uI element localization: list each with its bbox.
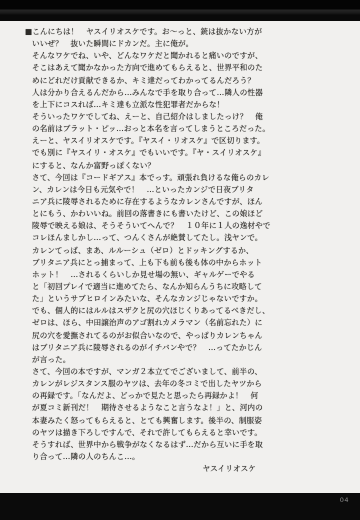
- text-line: り合って…隣の人のちんこ…。: [32, 451, 256, 463]
- text-line: えーと、ヤスイリオスケです。『ヤスイ・リオスケ』で区切ります。: [32, 135, 256, 147]
- text-line: カレンがレジスタンス服のヤツは、去年の冬コミで出したヤツから: [32, 378, 256, 390]
- text-line: コレほんましかし…って、つんくさんが絶賛してたし。浅ヤンで。: [32, 232, 256, 244]
- text-line: でも別に『ヤスイリ・オスケ』でもいいです。『ヤ・スイリオスケ』: [32, 147, 256, 159]
- page-number: 04: [340, 496, 349, 504]
- text-line: さて、今回の本ですが、マンガ２本立てでございまして、前半の、: [32, 366, 256, 378]
- text-line: ■こんにちは！ ヤスイリオスケです。お〜っと、銃は抜かない方が: [32, 26, 256, 38]
- text-line: 本妻みたく怒ってもらえると、とても興奮します。後半の、制服姿: [32, 415, 256, 427]
- text-line: ブリタニア兵にとっ捕まって、上も下も前も後も体の中からホット: [32, 257, 256, 269]
- text-line: でも、個人的にはルルはスザクと尻の穴ほじくりあってるべきだし、: [32, 305, 256, 317]
- text-line: た」というサブヒロインみたいな、そんなカンジじゃないですか。: [32, 293, 256, 305]
- text-line: ホット！ …されるくらいしか見せ場の無い、ギャルゲーでやる: [32, 269, 256, 281]
- text-line: そういったワケでしてね、えーと、自己紹介はしましたっけ？ 俺: [32, 111, 256, 123]
- text-line: カレンてっば、まあ、ルルーシュ（ゼロ）とドッキングするか、: [32, 245, 256, 257]
- text-line: と「初回プレイで適当に進めてたら、なんか知らんうちに攻略して: [32, 281, 256, 293]
- text-line: ニア兵に陵辱されるために存在するようなカレンさんですが、ほん: [32, 196, 256, 208]
- text-line: の再録です。「なんだよ、どっかで見たと思ったら再録かよ！ 何: [32, 390, 256, 402]
- text-line: の名前はブラット・ピッ…おっと本名を言ってしまうところだった。: [32, 123, 256, 135]
- text-line: そんなワケでね、いや、どんなワケだと聞かれると痛いのですが、: [32, 50, 256, 62]
- text-line: はブリタニア兵に陵辱されるのがイチバンやで？ …ってたかじん: [32, 342, 256, 354]
- text-line: めにどれだけ貢献できるか、キミ達だってわかってるんだろう？: [32, 75, 256, 87]
- bottom-black-bar: 04: [0, 493, 360, 520]
- author-signature: ヤスイリオスケ: [32, 463, 256, 475]
- text-line: ン、カレンは今日も元気やで！ …といったカンジで日夜ブリタ: [32, 184, 256, 196]
- scanned-afterword-page: ■こんにちは！ ヤスイリオスケです。お〜っと、銃は抜かない方が いいぜ？ 抜いた…: [0, 0, 360, 520]
- text-line: のヤツは描き下ろしですんで、それで許してもらえると幸いです。: [32, 427, 256, 439]
- text-line: 人は分かり合えるんだから…みんなで手を取り合って…隣人の性器: [32, 87, 256, 99]
- text-line: ゼロは、ほら、中田譲治声のアゴ割れカメラマン（名前忘れた）に: [32, 317, 256, 329]
- text-line: いいぜ？ 抜いた瞬間にドカンだ。主に俺が。: [32, 38, 256, 50]
- text-line: とにもう、かわいいね。前回の落書きにも書いたけど、この娘ほど: [32, 208, 256, 220]
- text-line: にすると、なんか富野っぽくない？: [32, 160, 256, 172]
- text-line: が言った。: [32, 354, 256, 366]
- afterword-text-block: ■こんにちは！ ヤスイリオスケです。お〜っと、銃は抜かない方が いいぜ？ 抜いた…: [32, 26, 256, 475]
- text-line: 陵辱で映える娘は、そうそういてへんで？ １０年に１人の逸材やで: [32, 220, 256, 232]
- top-black-bar: [0, 0, 360, 21]
- text-line: そうすれば、世界中から戦争がなくなるはず…だから互いに手を取: [32, 439, 256, 451]
- text-line: を上下にコスれば…キミ達も立派な性犯罪者だからな！: [32, 99, 256, 111]
- text-line: そこはあえて聞かなかった方向で進めてもらえると、世界平和のた: [32, 62, 256, 74]
- text-line: が夏コミ新刊だ！ 期待させるようなこと言うなよ！」と、河内の: [32, 402, 256, 414]
- text-line: さて、今回は『コードギアス』本でっす。頑張れ負けるな俺らのカレ: [32, 172, 256, 184]
- text-line: 尻の穴を愛撫されてるのがお似合いなので、やっぱりカレンちゃん: [32, 330, 256, 342]
